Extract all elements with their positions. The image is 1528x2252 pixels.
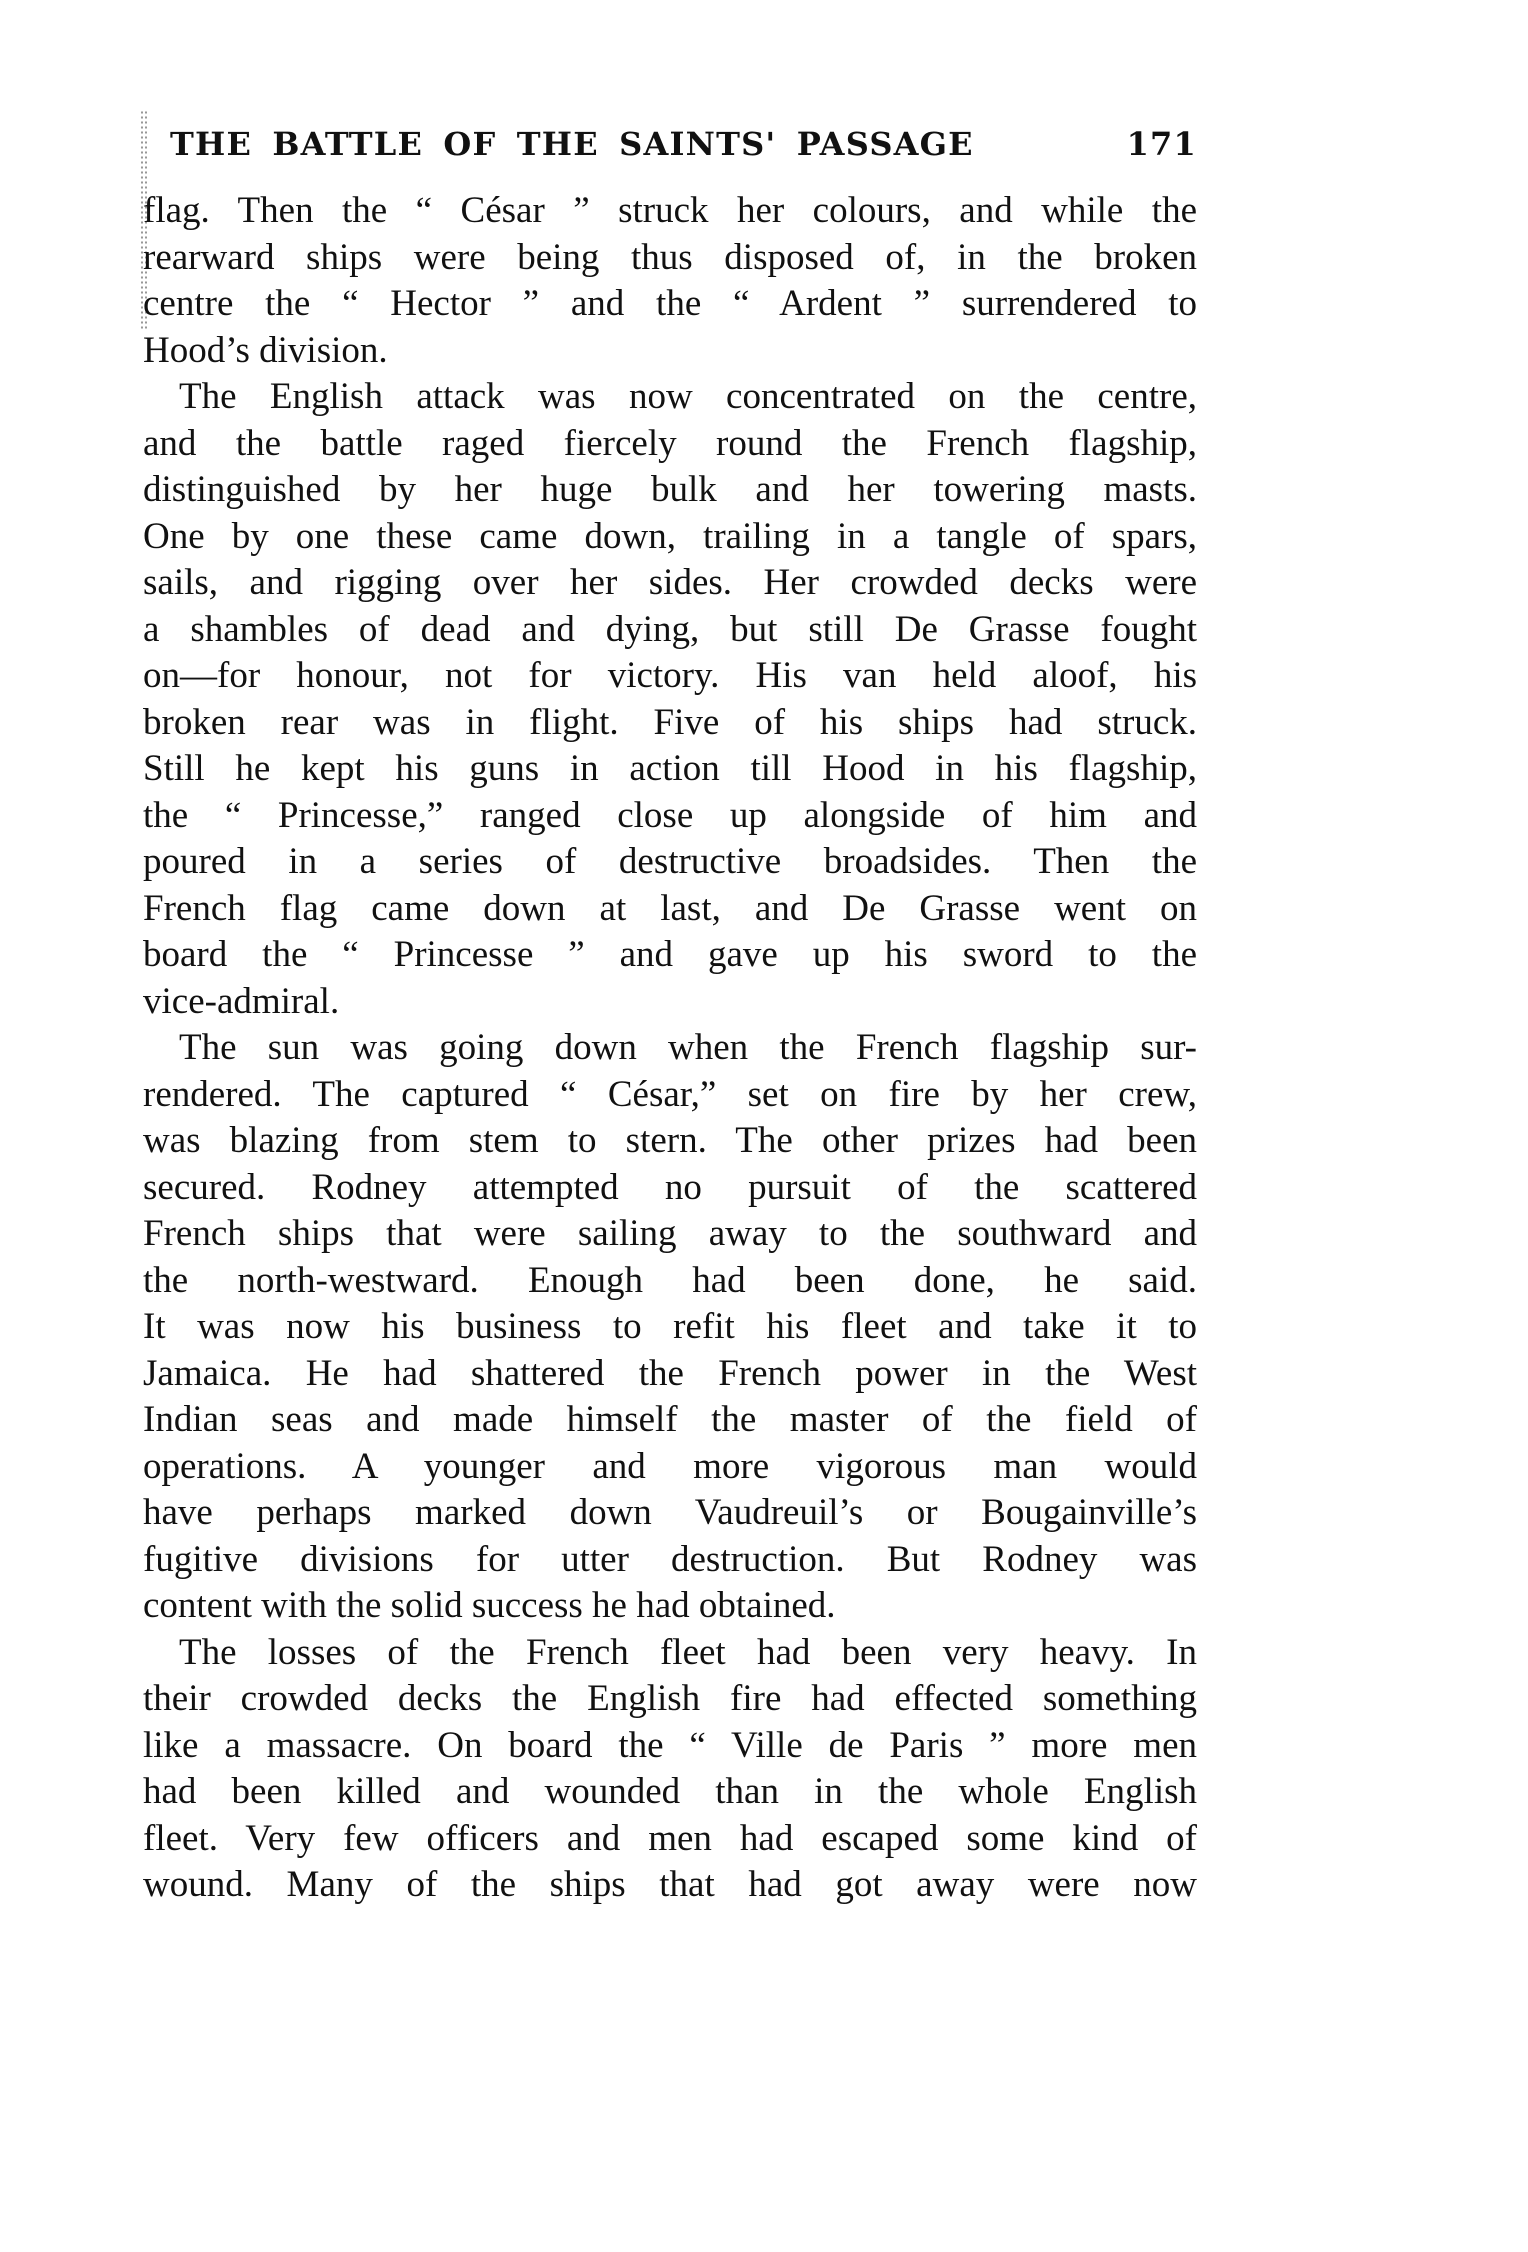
paragraph-2: The English attack was now concentrated … [143, 374, 1197, 1025]
text-line: like a massacre. On board the “ Ville de… [143, 1723, 1197, 1770]
text-line: The sun was going down when the French f… [143, 1025, 1197, 1072]
text-line: Indian seas and made himself the master … [143, 1397, 1197, 1444]
page-number: 171 [1127, 124, 1197, 164]
text-line: board the “ Princesse ” and gave up his … [143, 932, 1197, 979]
text-line: fleet. Very few officers and men had esc… [143, 1816, 1197, 1863]
text-line: and the battle raged fiercely round the … [143, 421, 1197, 468]
text-line: a shambles of dead and dying, but still … [143, 607, 1197, 654]
text-line: poured in a series of destructive broads… [143, 839, 1197, 886]
paragraph-3: The sun was going down when the French f… [143, 1025, 1197, 1630]
text-line: wound. Many of the ships that had got aw… [143, 1862, 1197, 1909]
text-line: flag. Then the “ César ” struck her colo… [143, 188, 1197, 235]
text-line: fugitive divisions for utter destruction… [143, 1537, 1197, 1584]
text-line: rendered. The captured “ César,” set on … [143, 1072, 1197, 1119]
running-head-title: THE BATTLE OF THE SAINTS' PASSAGE [170, 124, 974, 164]
text-line: It was now his business to refit his fle… [143, 1304, 1197, 1351]
text-line: Jamaica. He had shattered the French pow… [143, 1351, 1197, 1398]
text-line: French flag came down at last, and De Gr… [143, 886, 1197, 933]
text-line: their crowded decks the English fire had… [143, 1676, 1197, 1723]
text-line: broken rear was in flight. Five of his s… [143, 700, 1197, 747]
body-text: flag. Then the “ César ” struck her colo… [143, 188, 1197, 1909]
text-line: secured. Rodney attempted no pursuit of … [143, 1165, 1197, 1212]
text-line: on—for honour, not for victory. His van … [143, 653, 1197, 700]
text-line: had been killed and wounded than in the … [143, 1769, 1197, 1816]
text-line: centre the “ Hector ” and the “ Ardent ”… [143, 281, 1197, 328]
text-line: The losses of the French fleet had been … [143, 1630, 1197, 1677]
text-line: rearward ships were being thus disposed … [143, 235, 1197, 282]
text-line: vice-admiral. [143, 979, 1197, 1026]
paragraph-1: flag. Then the “ César ” struck her colo… [143, 188, 1197, 374]
text-line: French ships that were sailing away to t… [143, 1211, 1197, 1258]
text-line: One by one these came down, trailing in … [143, 514, 1197, 561]
text-line: Hood’s division. [143, 328, 1197, 375]
text-line: the “ Princesse,” ranged close up alongs… [143, 793, 1197, 840]
text-line: sails, and rigging over her sides. Her c… [143, 560, 1197, 607]
text-line: distinguished by her huge bulk and her t… [143, 467, 1197, 514]
text-line: the north-westward. Enough had been done… [143, 1258, 1197, 1305]
text-line: operations. A younger and more vigorous … [143, 1444, 1197, 1491]
text-line: content with the solid success he had ob… [143, 1583, 1197, 1630]
text-line: was blazing from stem to stern. The othe… [143, 1118, 1197, 1165]
text-line: Still he kept his guns in action till Ho… [143, 746, 1197, 793]
text-line: The English attack was now concentrated … [143, 374, 1197, 421]
running-head: THE BATTLE OF THE SAINTS' PASSAGE 171 [170, 124, 1197, 164]
paragraph-4: The losses of the French fleet had been … [143, 1630, 1197, 1909]
text-line: have perhaps marked down Vaudreuil’s or … [143, 1490, 1197, 1537]
